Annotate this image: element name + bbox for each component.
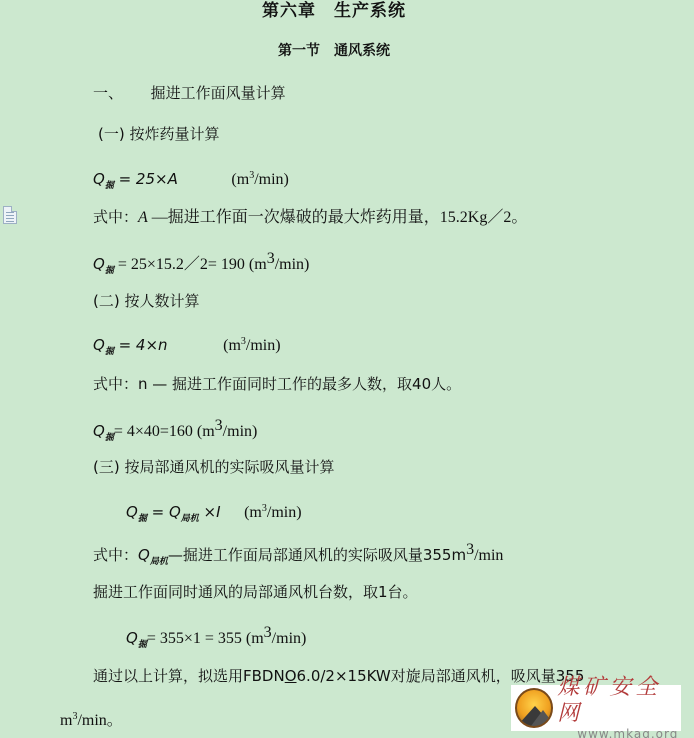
- q-symbol: Q: [93, 422, 105, 440]
- unit-suffix: /min。: [77, 712, 122, 729]
- calc-expression: = 355×1 = 355 (m: [147, 630, 264, 647]
- watermark-text: 煤矿安全网 www.mkaq.org: [557, 675, 681, 738]
- q-subscript: 掘: [138, 640, 147, 650]
- q-subscript: 掘: [105, 347, 114, 357]
- document-icon[interactable]: [3, 206, 17, 224]
- formula-expression: = 25×A: [114, 170, 178, 188]
- document-icon-line: [6, 218, 14, 219]
- q-symbol: Q: [93, 336, 105, 354]
- calc-expression: = 25×15.2／2= 190 (m: [114, 256, 267, 273]
- part-3-heading: (三) 按局部通风机的实际吸风量计算: [93, 457, 334, 477]
- unit-suffix: /min): [272, 630, 307, 647]
- unit-superscript: 3: [264, 624, 272, 641]
- explain-variable: A: [138, 209, 148, 226]
- conclusion-text: 6.0/2×15KW对旋局部通风机，吸风量355: [297, 667, 585, 685]
- q-fan-symbol: Q: [138, 546, 150, 564]
- conclusion-line-2: m3/min。: [60, 707, 123, 731]
- part-3-formula: Q掘 = Q局机 ×I (m3/min): [126, 499, 302, 529]
- part-2-calculation: Q掘= 4×40=160 (m3/min): [93, 416, 257, 448]
- q-fan-subscript: 局机: [181, 514, 199, 524]
- q-subscript: 掘: [105, 433, 114, 443]
- part-3-calculation: Q掘= 355×1 = 355 (m3/min): [126, 623, 306, 655]
- unit-suffix: /min): [275, 256, 310, 273]
- document-icon-line: [6, 212, 14, 213]
- unit-suffix: /min): [223, 423, 258, 440]
- unit-suffix: /min: [474, 547, 503, 564]
- q-fan-subscript: 局机: [150, 557, 168, 567]
- part-1-formula: Q掘 = 25×A (m3/min): [93, 166, 289, 196]
- formula-unit: (m3/min): [231, 171, 288, 188]
- part-1-explanation: 式中：A —掘进工作面一次爆破的最大炸药用量，15.2Kg／2。: [93, 207, 527, 228]
- equals-sign: =: [147, 503, 169, 521]
- explain-text: —掘进工作面局部通风机的实际吸风量355m: [168, 546, 466, 564]
- part-1-heading: (一) 按炸药量计算: [98, 124, 219, 144]
- watermark-url: www.mkaq.org: [557, 727, 681, 738]
- formula-expression: = 4×n: [114, 336, 168, 354]
- part-2-heading: (二) 按人数计算: [93, 291, 199, 311]
- explain-prefix: 式中：: [93, 208, 138, 226]
- q-symbol: Q: [126, 503, 138, 521]
- heading-1-number: 一、: [93, 84, 123, 102]
- formula-unit: (m3/min): [223, 337, 280, 354]
- explain-text: —掘进工作面一次爆破的最大炸药用量，15.2Kg／2。: [148, 209, 528, 226]
- conclusion-underlined: O: [285, 667, 297, 685]
- unit-superscript: 3: [466, 541, 474, 558]
- document-icon-line: [6, 215, 14, 216]
- part-2-formula: Q掘 = 4×n (m3/min): [93, 332, 281, 362]
- explain-prefix: 式中：: [93, 546, 138, 564]
- part-3-explanation-2: 掘进工作面同时通风的局部通风机台数，取1台。: [93, 582, 418, 602]
- document-icon-line: [6, 221, 14, 222]
- formula-unit: (m3/min): [244, 504, 301, 521]
- mountain-shape: [531, 710, 553, 726]
- q-subscript: 掘: [105, 266, 114, 276]
- unit-superscript: 3: [215, 417, 223, 434]
- q-subscript: 掘: [105, 181, 114, 191]
- unit-prefix: m: [60, 712, 72, 729]
- part-1-calculation: Q掘 = 25×15.2／2= 190 (m3/min): [93, 249, 309, 281]
- q-symbol: Q: [126, 629, 138, 647]
- part-2-explanation: 式中：n — 掘进工作面同时工作的最多人数，取40人。: [93, 374, 461, 394]
- part-3-explanation: 式中：Q局机—掘进工作面局部通风机的实际吸风量355m3/min: [93, 540, 503, 572]
- mountain-logo-icon: [515, 688, 553, 728]
- chapter-title: 第六章 生产系统: [262, 1, 406, 21]
- calc-expression: = 4×40=160 (m: [114, 423, 215, 440]
- conclusion-text: 通过以上计算，拟选用FBDN: [93, 667, 285, 685]
- unit-superscript: 3: [267, 250, 275, 267]
- q-subscript: 掘: [138, 514, 147, 524]
- heading-1: 一、 掘进工作面风量计算: [93, 83, 286, 103]
- watermark-name: 煤矿安全网: [557, 675, 681, 727]
- conclusion-line-1: 通过以上计算，拟选用FBDNO6.0/2×15KW对旋局部通风机，吸风量355: [93, 666, 584, 686]
- formula-expression: ×I: [199, 503, 221, 521]
- q-fan-symbol: Q: [169, 503, 181, 521]
- section-title: 第一节 通风系统: [278, 41, 390, 61]
- q-symbol: Q: [93, 255, 105, 273]
- heading-1-text: 掘进工作面风量计算: [151, 84, 286, 102]
- q-symbol: Q: [93, 170, 105, 188]
- watermark: 煤矿安全网 www.mkaq.org: [511, 685, 681, 731]
